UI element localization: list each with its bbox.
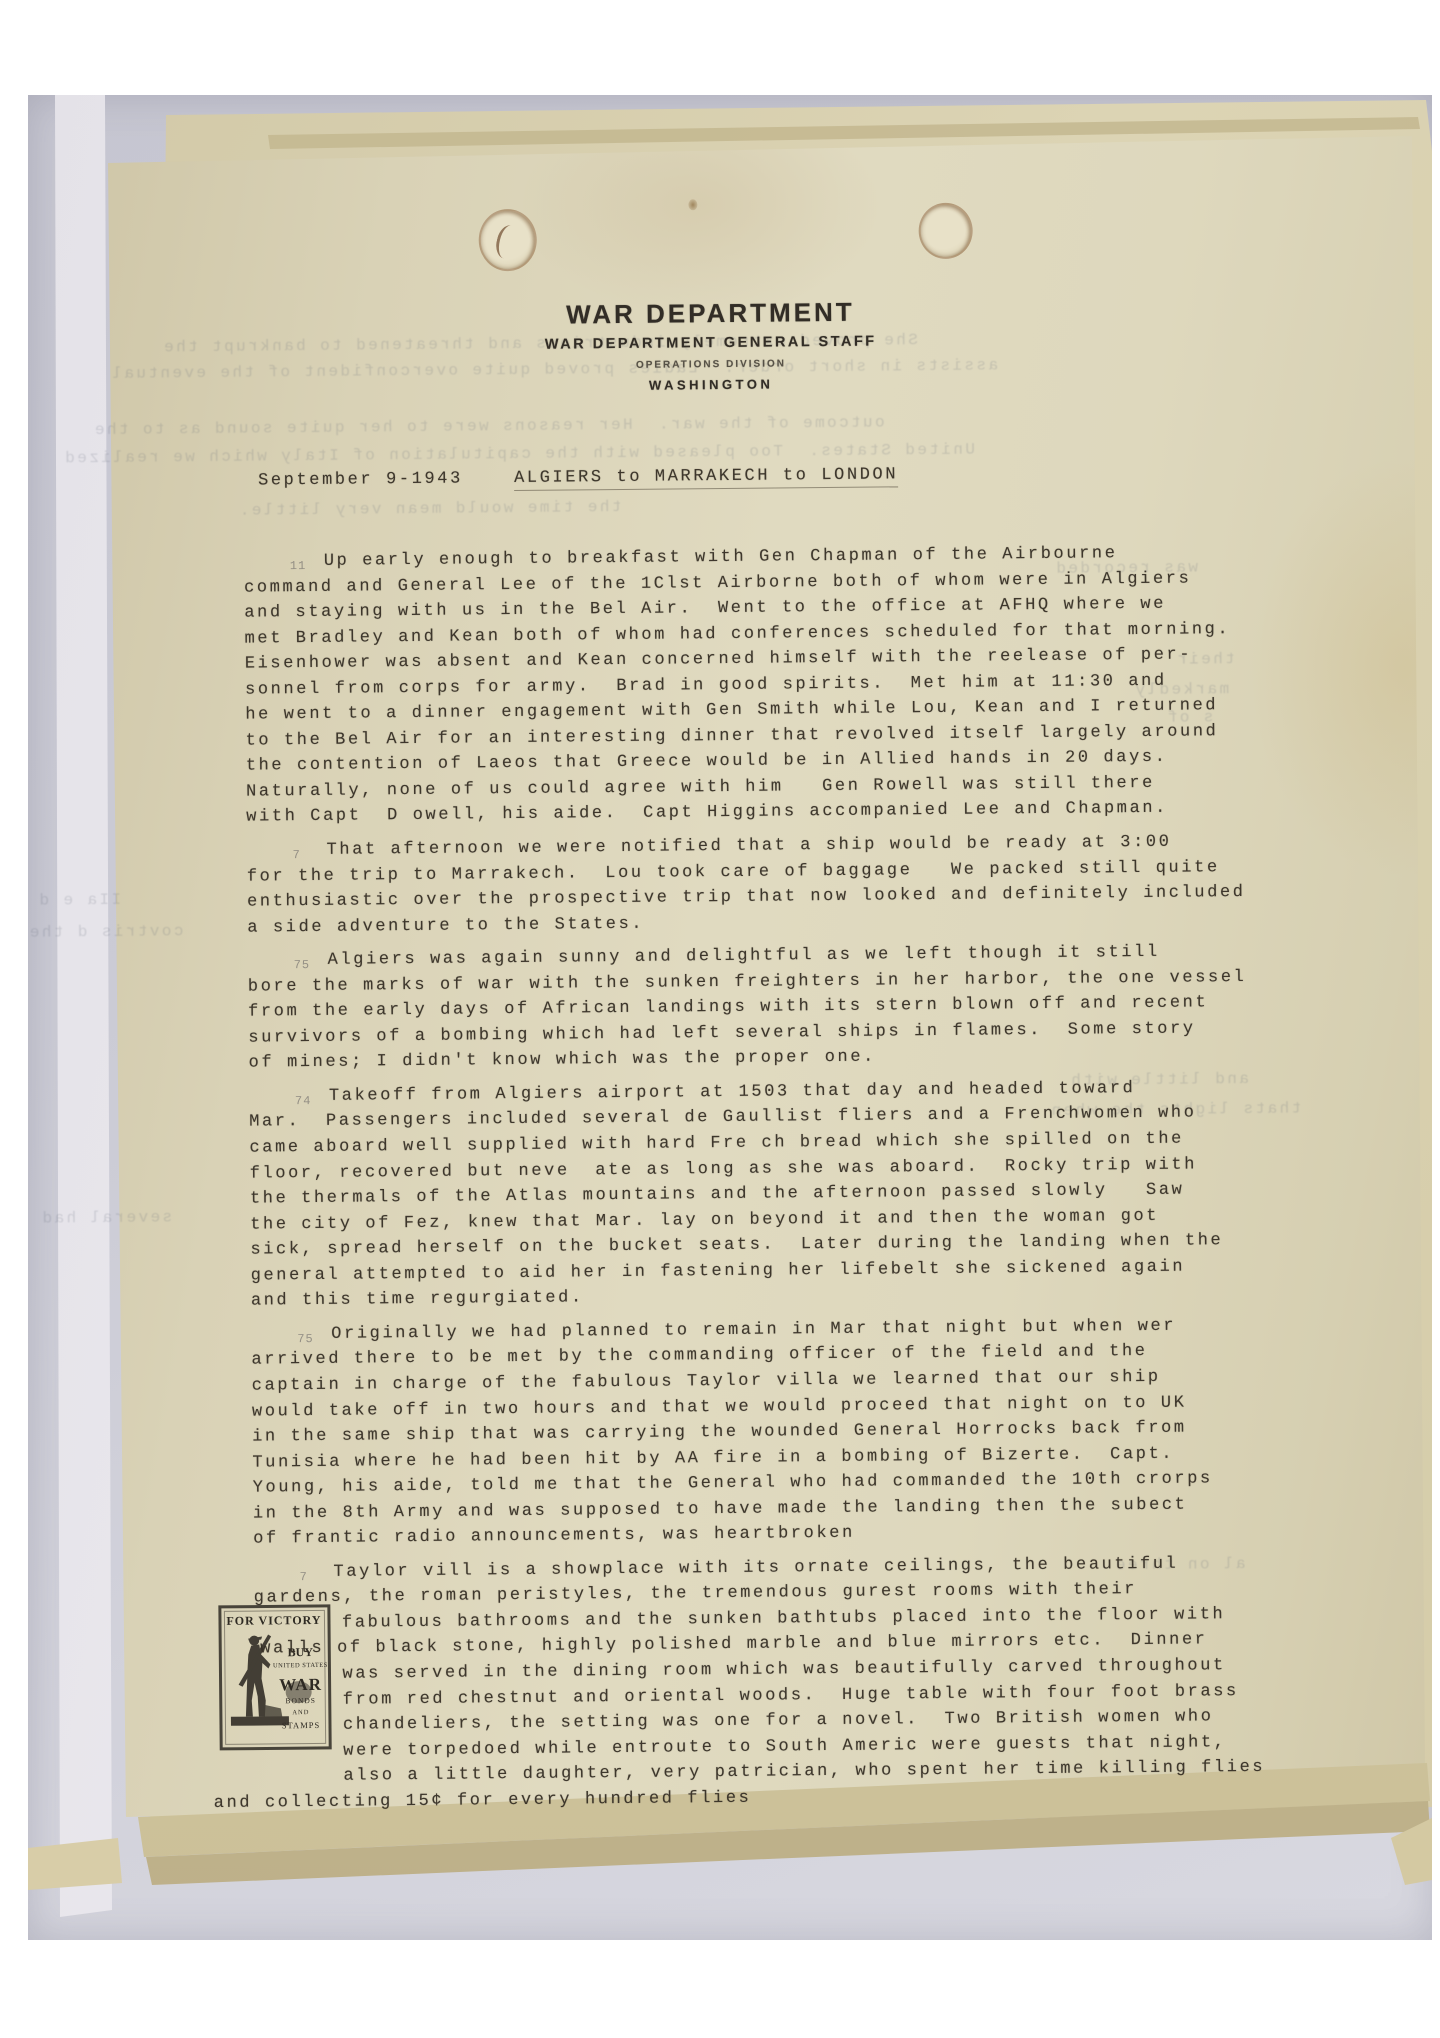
document-content-layer: She proved extremely industrious and thr… xyxy=(28,95,1432,1940)
bleedthrough-text: United States. Too pleased with the capi… xyxy=(63,441,975,468)
punch-hole-right xyxy=(918,203,973,260)
paragraph: 75Originally we had planned to remain in… xyxy=(251,1312,1373,1553)
letterhead-title: WAR DEPARTMENT xyxy=(410,295,1010,331)
bleedthrough-text: the time would mean very little. xyxy=(237,498,621,520)
scanned-document-page: She proved extremely industrious and thr… xyxy=(0,0,1440,2038)
entry-date: September 9-1943 xyxy=(258,470,463,491)
entry-title: ALGIERS to MARRAKECH to LONDON xyxy=(514,465,898,491)
bleedthrough-text: covtris d the xyxy=(28,922,183,941)
dateline-spacer xyxy=(463,469,514,488)
punch-hole-left xyxy=(478,209,537,272)
bleedthrough-text: IIa e d xyxy=(37,891,121,910)
paragraph: 7Taylor vill is a showplace with its orn… xyxy=(253,1550,1375,1816)
letterhead-division: OPERATIONS DIVISION xyxy=(411,356,1011,373)
typed-body: 11Up early enough to breakfast with Gen … xyxy=(244,539,1376,1816)
paragraph: 11Up early enough to breakfast with Gen … xyxy=(244,539,1367,831)
letterhead: WAR DEPARTMENT WAR DEPARTMENT GENERAL ST… xyxy=(410,295,1011,395)
paragraph: 75Algiers was again sunny and delightful… xyxy=(248,938,1369,1076)
bleedthrough-text: several had xyxy=(40,1208,172,1227)
document-photo: She proved extremely industrious and thr… xyxy=(28,95,1432,1940)
letterhead-subtitle: WAR DEPARTMENT GENERAL STAFF xyxy=(411,332,1011,354)
paragraph: 7That afternoon we were notified that a … xyxy=(246,828,1367,941)
punch-hole-tear-mark xyxy=(493,223,523,261)
paragraph: 74Takeoff from Algiers airport at 1503 t… xyxy=(249,1074,1371,1315)
bleedthrough-text: outcome of the war. Her reasons were to … xyxy=(92,413,884,439)
